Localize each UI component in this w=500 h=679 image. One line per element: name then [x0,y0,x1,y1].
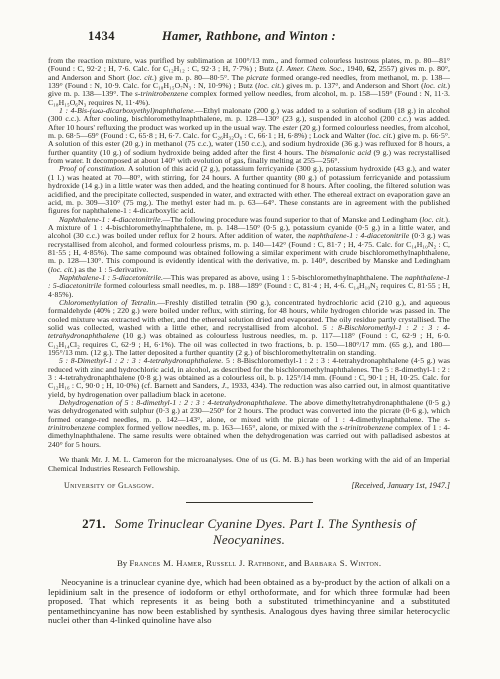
paragraph: Proof of constitution. A solution of thi… [48,165,450,215]
text-segment: . [379,558,381,568]
paragraph: 1 : 4-Bis-(ωω-dicarboxyethyl)naphthalene… [48,107,450,165]
paragraph: We thank Mr. J. M. L. Cameron for the mi… [48,456,450,473]
text-segment: We thank Mr. J. M. L. Cameron for the mi… [48,455,450,472]
journal-page: 1434 Hamer, Rathbone, and Winton : from … [0,0,500,626]
text-segment: A solution of this acid (2 g.), potassiu… [48,164,450,215]
paragraph: 5 : 8-Dimethyl-1 : 2 : 3 : 4-tetrahydron… [48,357,450,399]
byline: By Frances M. Hamer, Russell J. Rathbone… [48,558,450,568]
text-segment: Russell J. Rathbone [206,558,284,568]
page-number: 1434 [88,29,115,44]
article-section: 271.Some Trinuclear Cyanine Dyes. Part I… [48,516,450,626]
text-segment: Barbara S. Winton [304,558,379,568]
paragraph: Neocyanine is a trinuclear cyanine dye, … [48,578,450,626]
text-segment: Some Trinuclear Cyanine Dyes. Part I. Th… [115,516,416,531]
article-number: 271. [82,516,106,531]
article-title-line1: Some Trinuclear Cyanine Dyes. Part I. Th… [115,516,416,531]
text-segment: formed colourless small needles, m. p. 1… [48,281,450,298]
text-segment: Neocyanine is a trinuclear cyanine dye, … [48,577,450,626]
experimental-section: from the reaction mixture, was purified … [48,57,450,473]
section-divider [186,502,313,503]
paragraph: Dehydrogenation of 5 : 8-dimethyl-1 : 2 … [48,399,450,449]
text-segment: , and [285,558,304,568]
text-segment: By [117,558,129,568]
text-segment: Neocyanines. [213,532,285,547]
signature-row: University of Glasgow. [Received, Januar… [48,481,450,490]
text-segment: Frances M. Hamer [129,558,201,568]
text-segment: University of Glasgow. [64,481,154,490]
paragraph: from the reaction mixture, was purified … [48,57,450,107]
text-segment: [Received, January 1st, 1947.] [351,481,450,490]
running-header: 1434 Hamer, Rathbone, and Winton : [48,29,450,44]
article-heading: 271.Some Trinuclear Cyanine Dyes. Part I… [52,516,446,549]
paragraph: Naphthalene-1 : 4-diacetonitrile.—The fo… [48,216,450,274]
paragraph: Naphthalene-1 : 5-diacetonitrile.—This w… [48,274,450,299]
article-title-line2: Neocyanines. [213,532,285,547]
article-intro: Neocyanine is a trinuclear cyanine dye, … [48,578,450,626]
affiliation: University of Glasgow. [64,481,154,490]
paragraph: Chloromethylation of Tetralin.—Freshly d… [48,299,450,357]
received-date: [Received, January 1st, 1947.] [351,481,450,490]
